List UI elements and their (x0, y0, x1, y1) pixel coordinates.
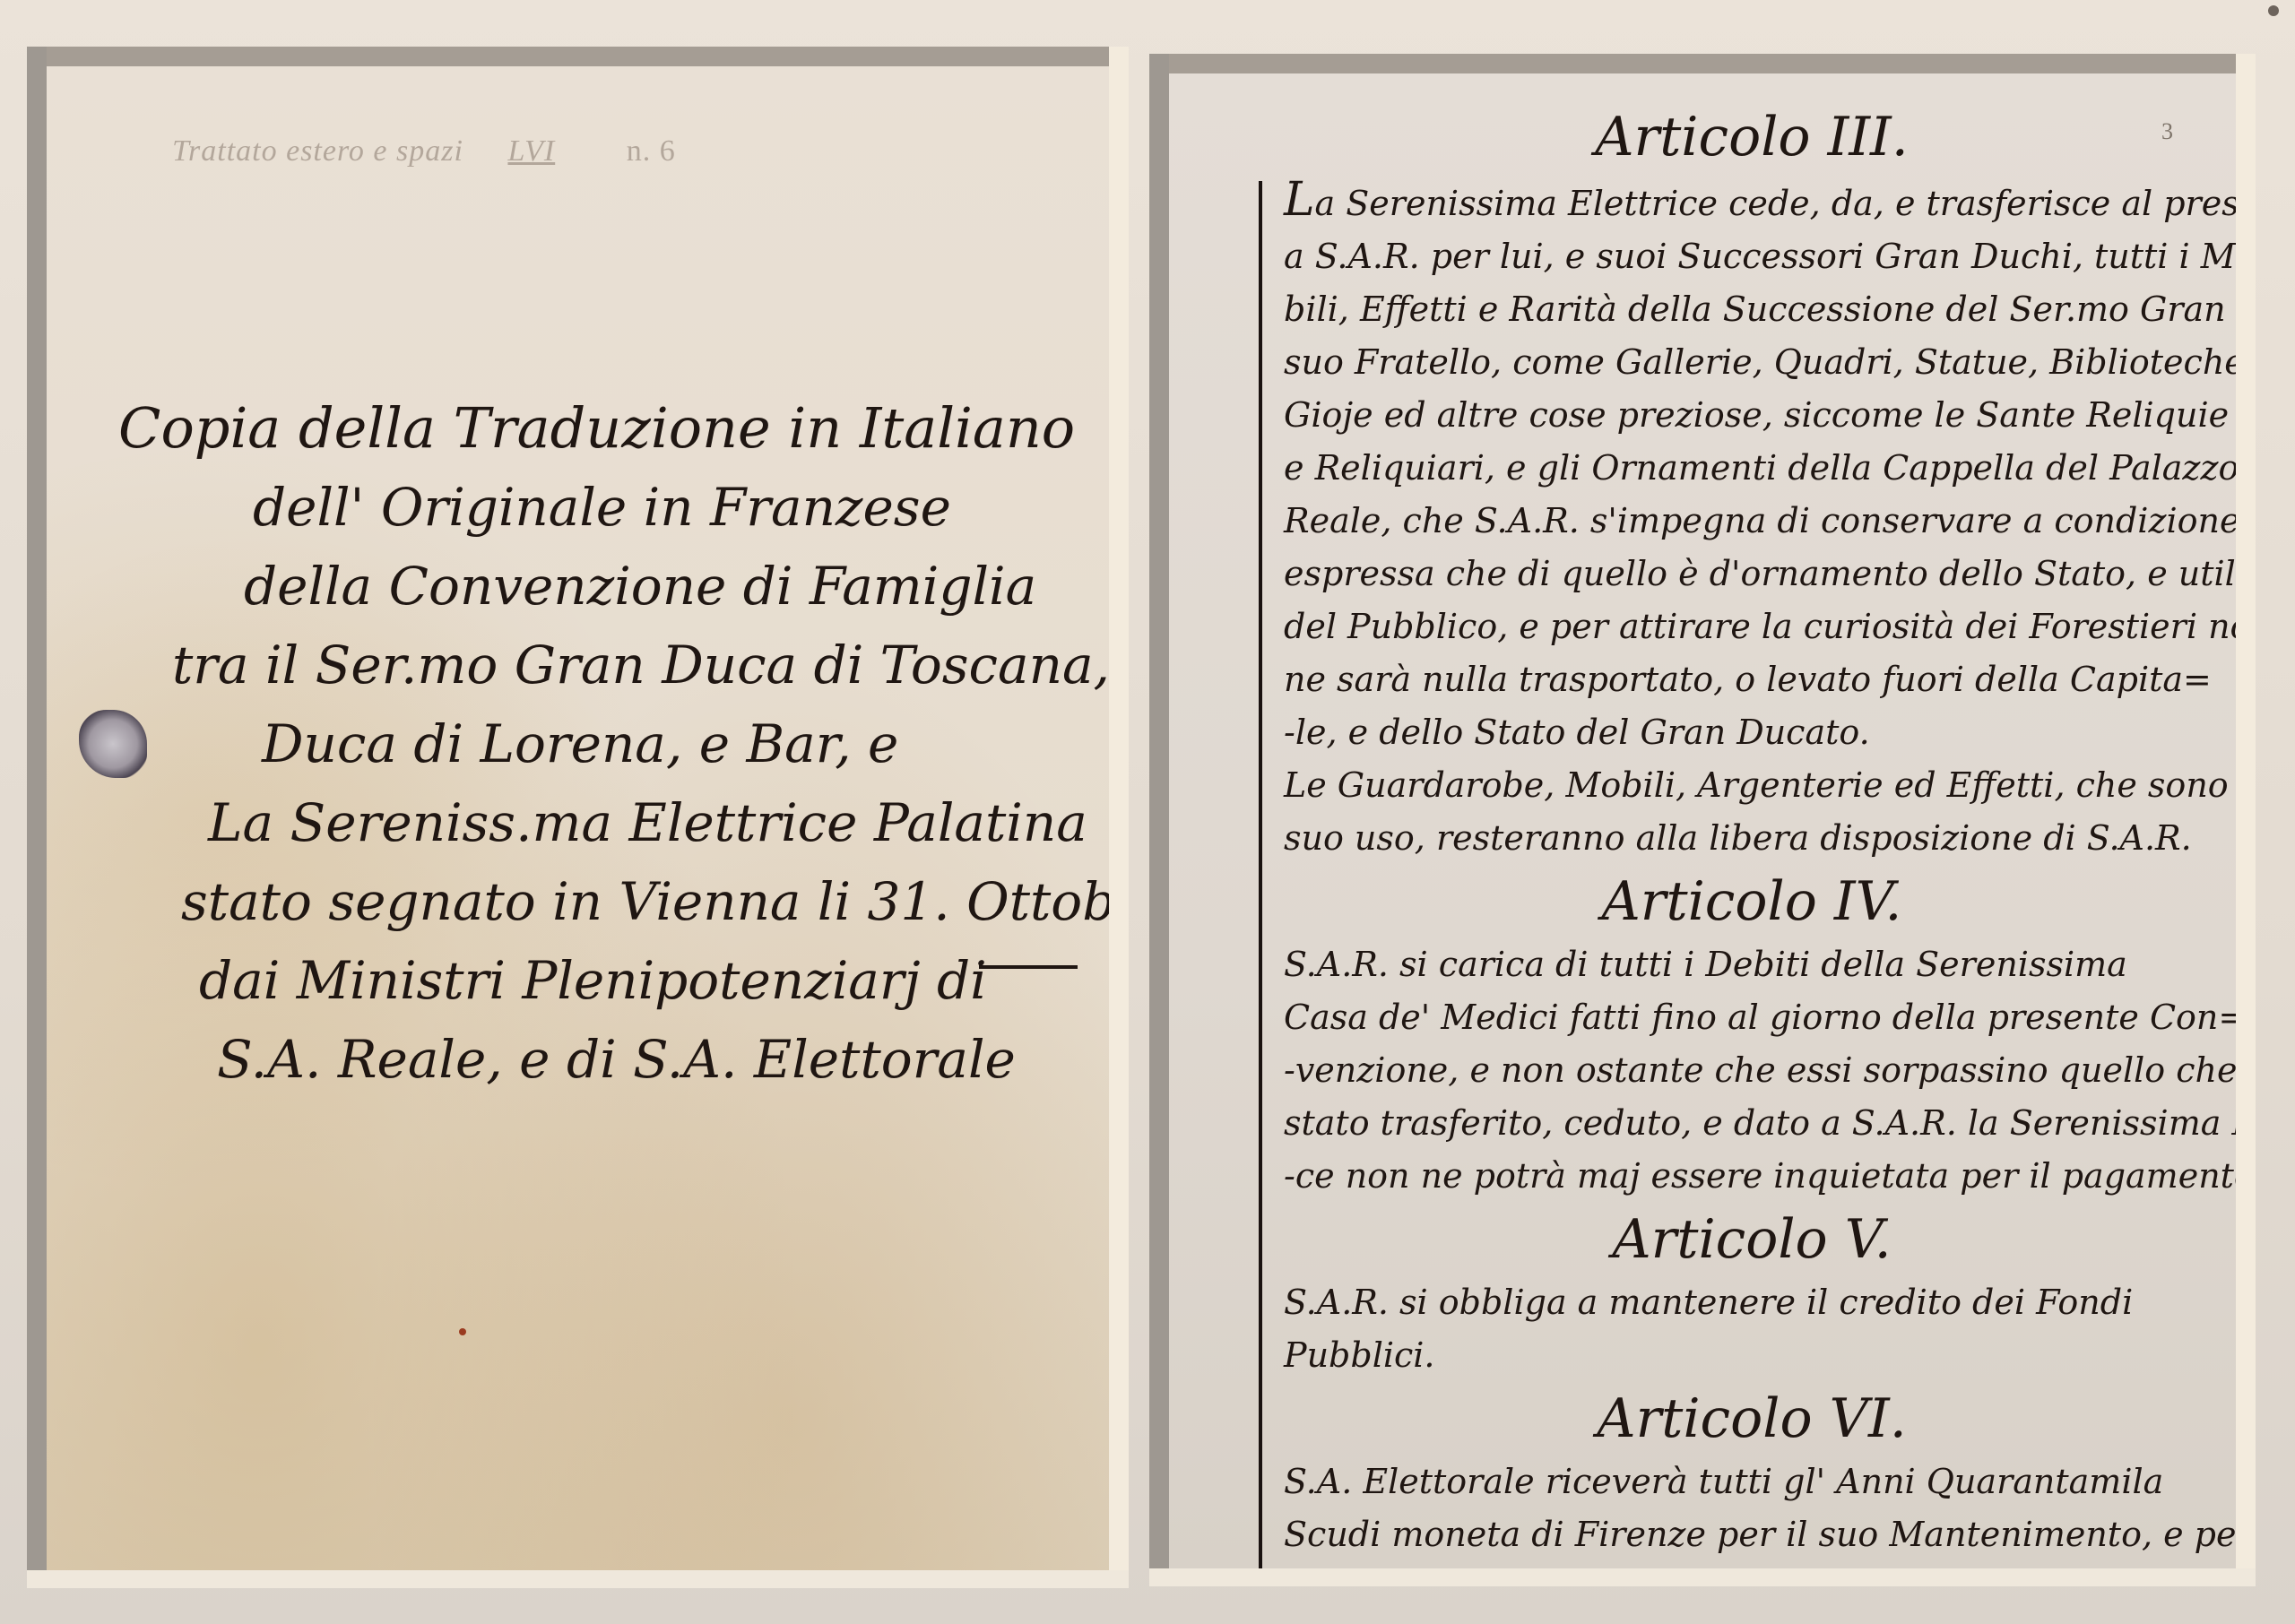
ruled-margin-line (1259, 181, 1262, 1568)
article-line: S.A.R. si carica di tutti i Debiti della… (1277, 938, 2227, 991)
article-line: suo uso, resteranno alla libera disposiz… (1277, 812, 2227, 865)
title-line: della Convenzione di Famiglia (100, 547, 1104, 626)
pencil-note-ref: n. 6 (627, 134, 676, 168)
article-line: Reale, che S.A.R. s'impegna di conservar… (1277, 495, 2227, 548)
article-line: a S.A.R. per lui, e suoi Successori Gran… (1277, 230, 2227, 283)
date-underline-flourish (979, 965, 1078, 969)
article-line: stato trasferito, ceduto, e dato a S.A.R… (1277, 1097, 2227, 1150)
pencil-archival-note: Trattato estero e spazi LVI n. 6 (172, 134, 676, 168)
article-line: S.A.R. si obbliga a mantenere il credito… (1277, 1276, 2227, 1329)
mat-blemish (2268, 5, 2279, 16)
title-line: Duca di Lorena, e Bar, e (100, 704, 1104, 783)
bevel-bottom (1149, 1568, 2256, 1586)
right-manuscript-page: 3 Articolo III. La Serenissima Elettrice… (1169, 73, 2236, 1568)
article-line: -ce non ne potrà maj essere inquietata p… (1277, 1150, 2227, 1203)
article-line: Casa de' Medici fatti fino al giorno del… (1277, 991, 2227, 1044)
left-frame-window: Trattato estero e spazi LVI n. 6 Copia d… (27, 47, 1109, 1570)
bevel-right (2236, 54, 2256, 1568)
article-line: -le, e dello Stato del Gran Ducato. (1277, 706, 2227, 759)
article-line: Scudi moneta di Firenze per il suo Mante… (1277, 1508, 2227, 1561)
article-iii: Articolo III. La Serenissima Elettrice c… (1277, 100, 2227, 865)
bevel-left (27, 47, 47, 1570)
bevel-top (27, 47, 1109, 66)
article-heading: Articolo III. (1277, 100, 2227, 174)
pencil-note-volume: LVI (507, 134, 555, 168)
article-heading: Articolo IV. (1277, 865, 2227, 938)
right-frame-window: 3 Articolo III. La Serenissima Elettrice… (1149, 54, 2236, 1568)
ink-stain (459, 1328, 466, 1335)
article-vi: Articolo VI. S.A. Elettorale riceverà tu… (1277, 1382, 2227, 1561)
title-line: stato segnato in Vienna li 31. Ottobre 1… (100, 862, 1104, 941)
article-iv: Articolo IV. S.A.R. si carica di tutti i… (1277, 865, 2227, 1203)
bevel-left (1149, 54, 1169, 1568)
article-line: del Pubblico, e per attirare la curiosit… (1277, 600, 2227, 653)
title-line: dell' Originale in Franzese (100, 468, 1104, 547)
article-line: espressa che di quello è d'ornamento del… (1277, 548, 2227, 600)
bevel-bottom (27, 1570, 1129, 1588)
title-line: dai Ministri Plenipotenziarj di (100, 941, 1104, 1020)
article-heading: Articolo V. (1277, 1203, 2227, 1276)
bevel-right (1109, 47, 1129, 1570)
document-title-block: Copia della Traduzione in Italiano dell'… (100, 389, 1104, 1099)
articles-text: Articolo III. La Serenissima Elettrice c… (1277, 100, 2227, 1561)
title-line: Copia della Traduzione in Italiano (100, 389, 1104, 468)
article-heading: Articolo VI. (1277, 1382, 2227, 1456)
article-line: e Reliquiari, e gli Ornamenti della Capp… (1277, 442, 2227, 495)
article-line: La Serenissima Elettrice cede, da, e tra… (1277, 174, 2227, 230)
title-line: S.A. Reale, e di S.A. Elettorale (100, 1020, 1104, 1099)
article-line: Gioje ed altre cose preziose, siccome le… (1277, 389, 2227, 442)
left-manuscript-page: Trattato estero e spazi LVI n. 6 Copia d… (47, 66, 1109, 1570)
article-line: Le Guardarobe, Mobili, Argenterie ed Eff… (1277, 759, 2227, 812)
article-v: Articolo V. S.A.R. si obbliga a mantener… (1277, 1203, 2227, 1382)
bevel-top (1149, 54, 2236, 73)
article-line: ne sarà nulla trasportato, o levato fuor… (1277, 653, 2227, 706)
article-line: S.A. Elettorale riceverà tutti gl' Anni … (1277, 1456, 2227, 1508)
title-line: tra il Ser.mo Gran Duca di Toscana, (100, 626, 1104, 704)
article-line: -venzione, e non ostante che essi sorpas… (1277, 1044, 2227, 1097)
article-line: Pubblici. (1277, 1329, 2227, 1382)
article-line: bili, Effetti e Rarità della Successione… (1277, 283, 2227, 336)
pencil-note-text: Trattato estero e spazi (172, 134, 463, 168)
article-line: suo Fratello, come Gallerie, Quadri, Sta… (1277, 336, 2227, 389)
title-line: La Sereniss.ma Elettrice Palatina (100, 783, 1104, 862)
